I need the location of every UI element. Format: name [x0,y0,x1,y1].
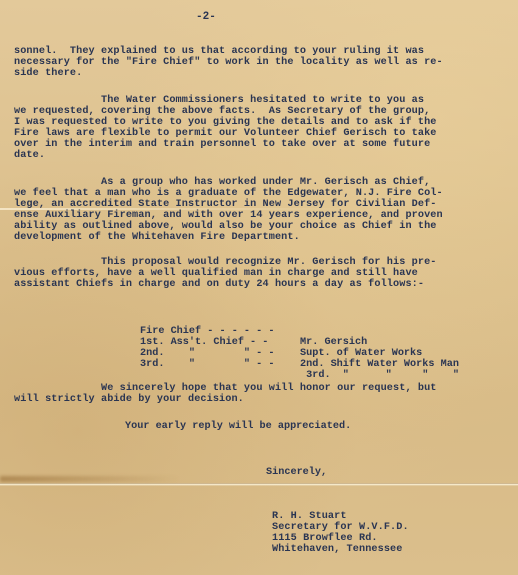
text-line: date. [14,150,45,161]
text-line: The Water Commissioners hesitated to wri… [14,95,424,106]
text-line: necessary for the "Fire Chief" to work i… [14,57,443,68]
signature-name: R. H. Stuart [272,511,347,522]
text-line: assistant Chiefs in charge and on duty 2… [14,279,424,290]
text-line: I was requested to write to you giving t… [14,117,437,128]
paper-fold-lower [0,483,518,486]
roster-rank: 3rd. " " - - [140,359,275,370]
text-line: Fire laws are flexible to permit our Vol… [14,128,437,139]
closing-line: Your early reply will be appreciated. [125,421,351,432]
page-number: -2- [196,11,216,23]
signature-street: 1115 Browflee Rd. [272,533,378,544]
roster-assignment: 3rd. " " " " [300,370,459,381]
text-line: ability as outlined above, would also be… [14,221,437,232]
text-line: We sincerely hope that you will honor ou… [14,383,437,394]
paper-stain [0,476,180,482]
text-line: lege, an accredited State Instructor in … [14,199,437,210]
roster-assignment: Supt. of Water Works [300,348,422,359]
text-line: side there. [14,68,82,79]
salutation: Sincerely, [266,467,327,478]
signature-title: Secretary for W.V.F.D. [272,522,409,533]
roster-assignment: 2nd. Shift Water Works Man [300,359,459,370]
text-line: sonnel. They explained to us that accord… [14,46,424,57]
text-line: As a group who has worked under Mr. Geri… [14,177,430,188]
roster-assignment: Mr. Gersich [300,337,367,348]
scanned-letter-page: -2- sonnel. They explained to us that ac… [0,0,518,575]
text-line: ense Auxiliary Fireman, and with over 14… [14,210,443,221]
text-line: will strictly abide by your decision. [14,394,244,405]
text-line: over in the interim and train personnel … [14,139,430,150]
text-line: we requested, covering the above facts. … [14,106,430,117]
text-line: development of the Whitehaven Fire Depar… [14,232,300,243]
signature-city: Whitehaven, Tennessee [272,544,402,555]
text-line: vious efforts, have a well qualified man… [14,268,418,279]
text-line: we feel that a man who is a graduate of … [14,188,443,199]
text-line: This proposal would recognize Mr. Gerisc… [14,257,437,268]
